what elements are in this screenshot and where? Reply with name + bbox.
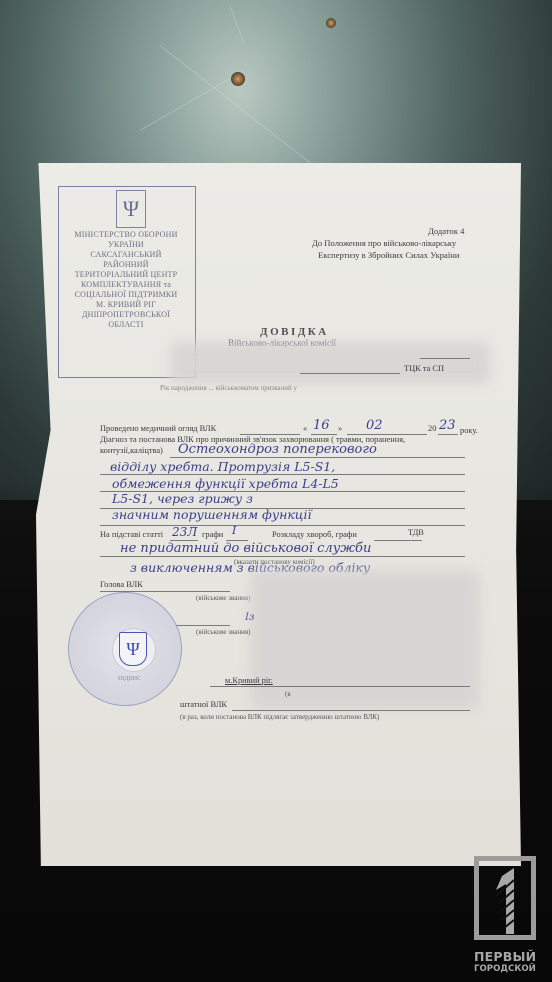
ministry-line: УКРАЇНИ xyxy=(60,240,192,249)
ministry-line: ДНІПРОПЕТРОВСЬКОЇ xyxy=(60,310,192,319)
tdv-label: ТДВ xyxy=(408,528,424,537)
graph-label: графи xyxy=(202,530,223,539)
secretary-rank-caption: (військове звання) xyxy=(196,628,250,636)
form-line xyxy=(374,540,422,541)
annex-reference: До Положення про військово-лікарську xyxy=(312,238,456,248)
ministry-line: КОМПЛЕКТУВАННЯ та xyxy=(60,280,192,289)
year-prefix: 20 xyxy=(428,424,436,433)
brand-watermark: ПЕРВЫЙ ГОРОДСКОЙ xyxy=(474,856,544,974)
form-line xyxy=(100,556,465,557)
diagnosis-label: контузії,каліцтва) xyxy=(100,446,163,455)
brand-name-line1: ПЕРВЫЙ xyxy=(474,949,544,964)
trident-icon: Ψ xyxy=(116,190,146,228)
form-line xyxy=(100,525,465,526)
ministry-line: ОБЛАСТІ xyxy=(60,320,192,329)
annex-number: Додаток 4 xyxy=(428,226,464,236)
number-one-logo-icon xyxy=(494,868,516,934)
diagnosis-handwritten: обмеження функції хребта L4-L5 xyxy=(112,476,339,491)
diagnosis-handwritten: відділу хребта. Протрузія L5-S1, xyxy=(110,459,335,474)
exam-label: Проведено медичний огляд ВЛК xyxy=(100,424,216,433)
staff-vlk-label: штатної ВЛК xyxy=(180,700,227,709)
redacted-personal-data xyxy=(170,342,490,384)
ministry-line: СОЦІАЛЬНОЇ ПІДТРИМКИ xyxy=(60,290,192,299)
rivet xyxy=(326,18,336,28)
exam-day: 16 xyxy=(313,418,330,433)
form-line xyxy=(420,358,470,359)
exam-year: 23 xyxy=(439,418,456,433)
brand-name-line2: ГОРОДСКОЙ xyxy=(474,964,544,974)
ministry-line: РАЙОННИЙ xyxy=(60,260,192,269)
decision-handwritten: не придатний до військової служби xyxy=(120,541,371,556)
form-line xyxy=(210,686,470,687)
place: м.Кривий ріг. xyxy=(225,676,273,685)
form-line xyxy=(232,710,470,711)
article-label: На підставі статті xyxy=(100,530,163,539)
form-line xyxy=(438,434,458,435)
diagnosis-handwritten: Остеохондроз поперекового xyxy=(178,442,377,457)
redacted-signatures xyxy=(250,570,480,710)
exam-month: 02 xyxy=(366,418,383,433)
graph-number: І xyxy=(232,524,236,537)
rtck-label: ТЦК та СП xyxy=(404,364,444,373)
diagnosis-handwritten: L5-S1, через грижу з xyxy=(112,491,253,506)
annex-reference: Експертизу в Збройних Силах України xyxy=(318,250,459,260)
quote-open: « xyxy=(303,424,307,433)
year-word: року. xyxy=(460,426,478,435)
staff-vlk-caption: (в раз, коли постанова ВЛК підлягає затв… xyxy=(180,713,379,721)
birth-year-label: Рік народження ... військкоматом призван… xyxy=(160,384,297,392)
schedule-label: Розкладу хвороб, графи xyxy=(272,530,357,539)
rivet xyxy=(231,72,245,86)
article-number: 23Л xyxy=(172,525,197,539)
ministry-line: МІНІСТЕРСТВО ОБОРОНИ xyxy=(60,230,192,239)
seal-text: ПІДПИС xyxy=(118,676,141,682)
form-line xyxy=(300,373,400,374)
head-rank-caption: (військове звання) xyxy=(196,594,250,602)
quote-close: » xyxy=(338,424,342,433)
place-caption: (в xyxy=(285,690,291,698)
form-line xyxy=(170,457,465,458)
trident-icon: Ψ xyxy=(119,632,147,666)
form-line xyxy=(100,474,465,475)
secretary-initial: Із xyxy=(245,612,254,623)
ministry-line: М. КРИВИЙ РІГ xyxy=(60,300,192,309)
diagnosis-handwritten: значним порушенням функції xyxy=(112,507,312,522)
ministry-line: ТЕРИТОРІАЛЬНИЙ ЦЕНТР xyxy=(60,270,192,279)
head-label: Голова ВЛК xyxy=(100,580,143,589)
ministry-line: САКСАГАНСЬКИЙ xyxy=(60,250,192,259)
document-title: ДОВІДКА xyxy=(260,326,329,338)
